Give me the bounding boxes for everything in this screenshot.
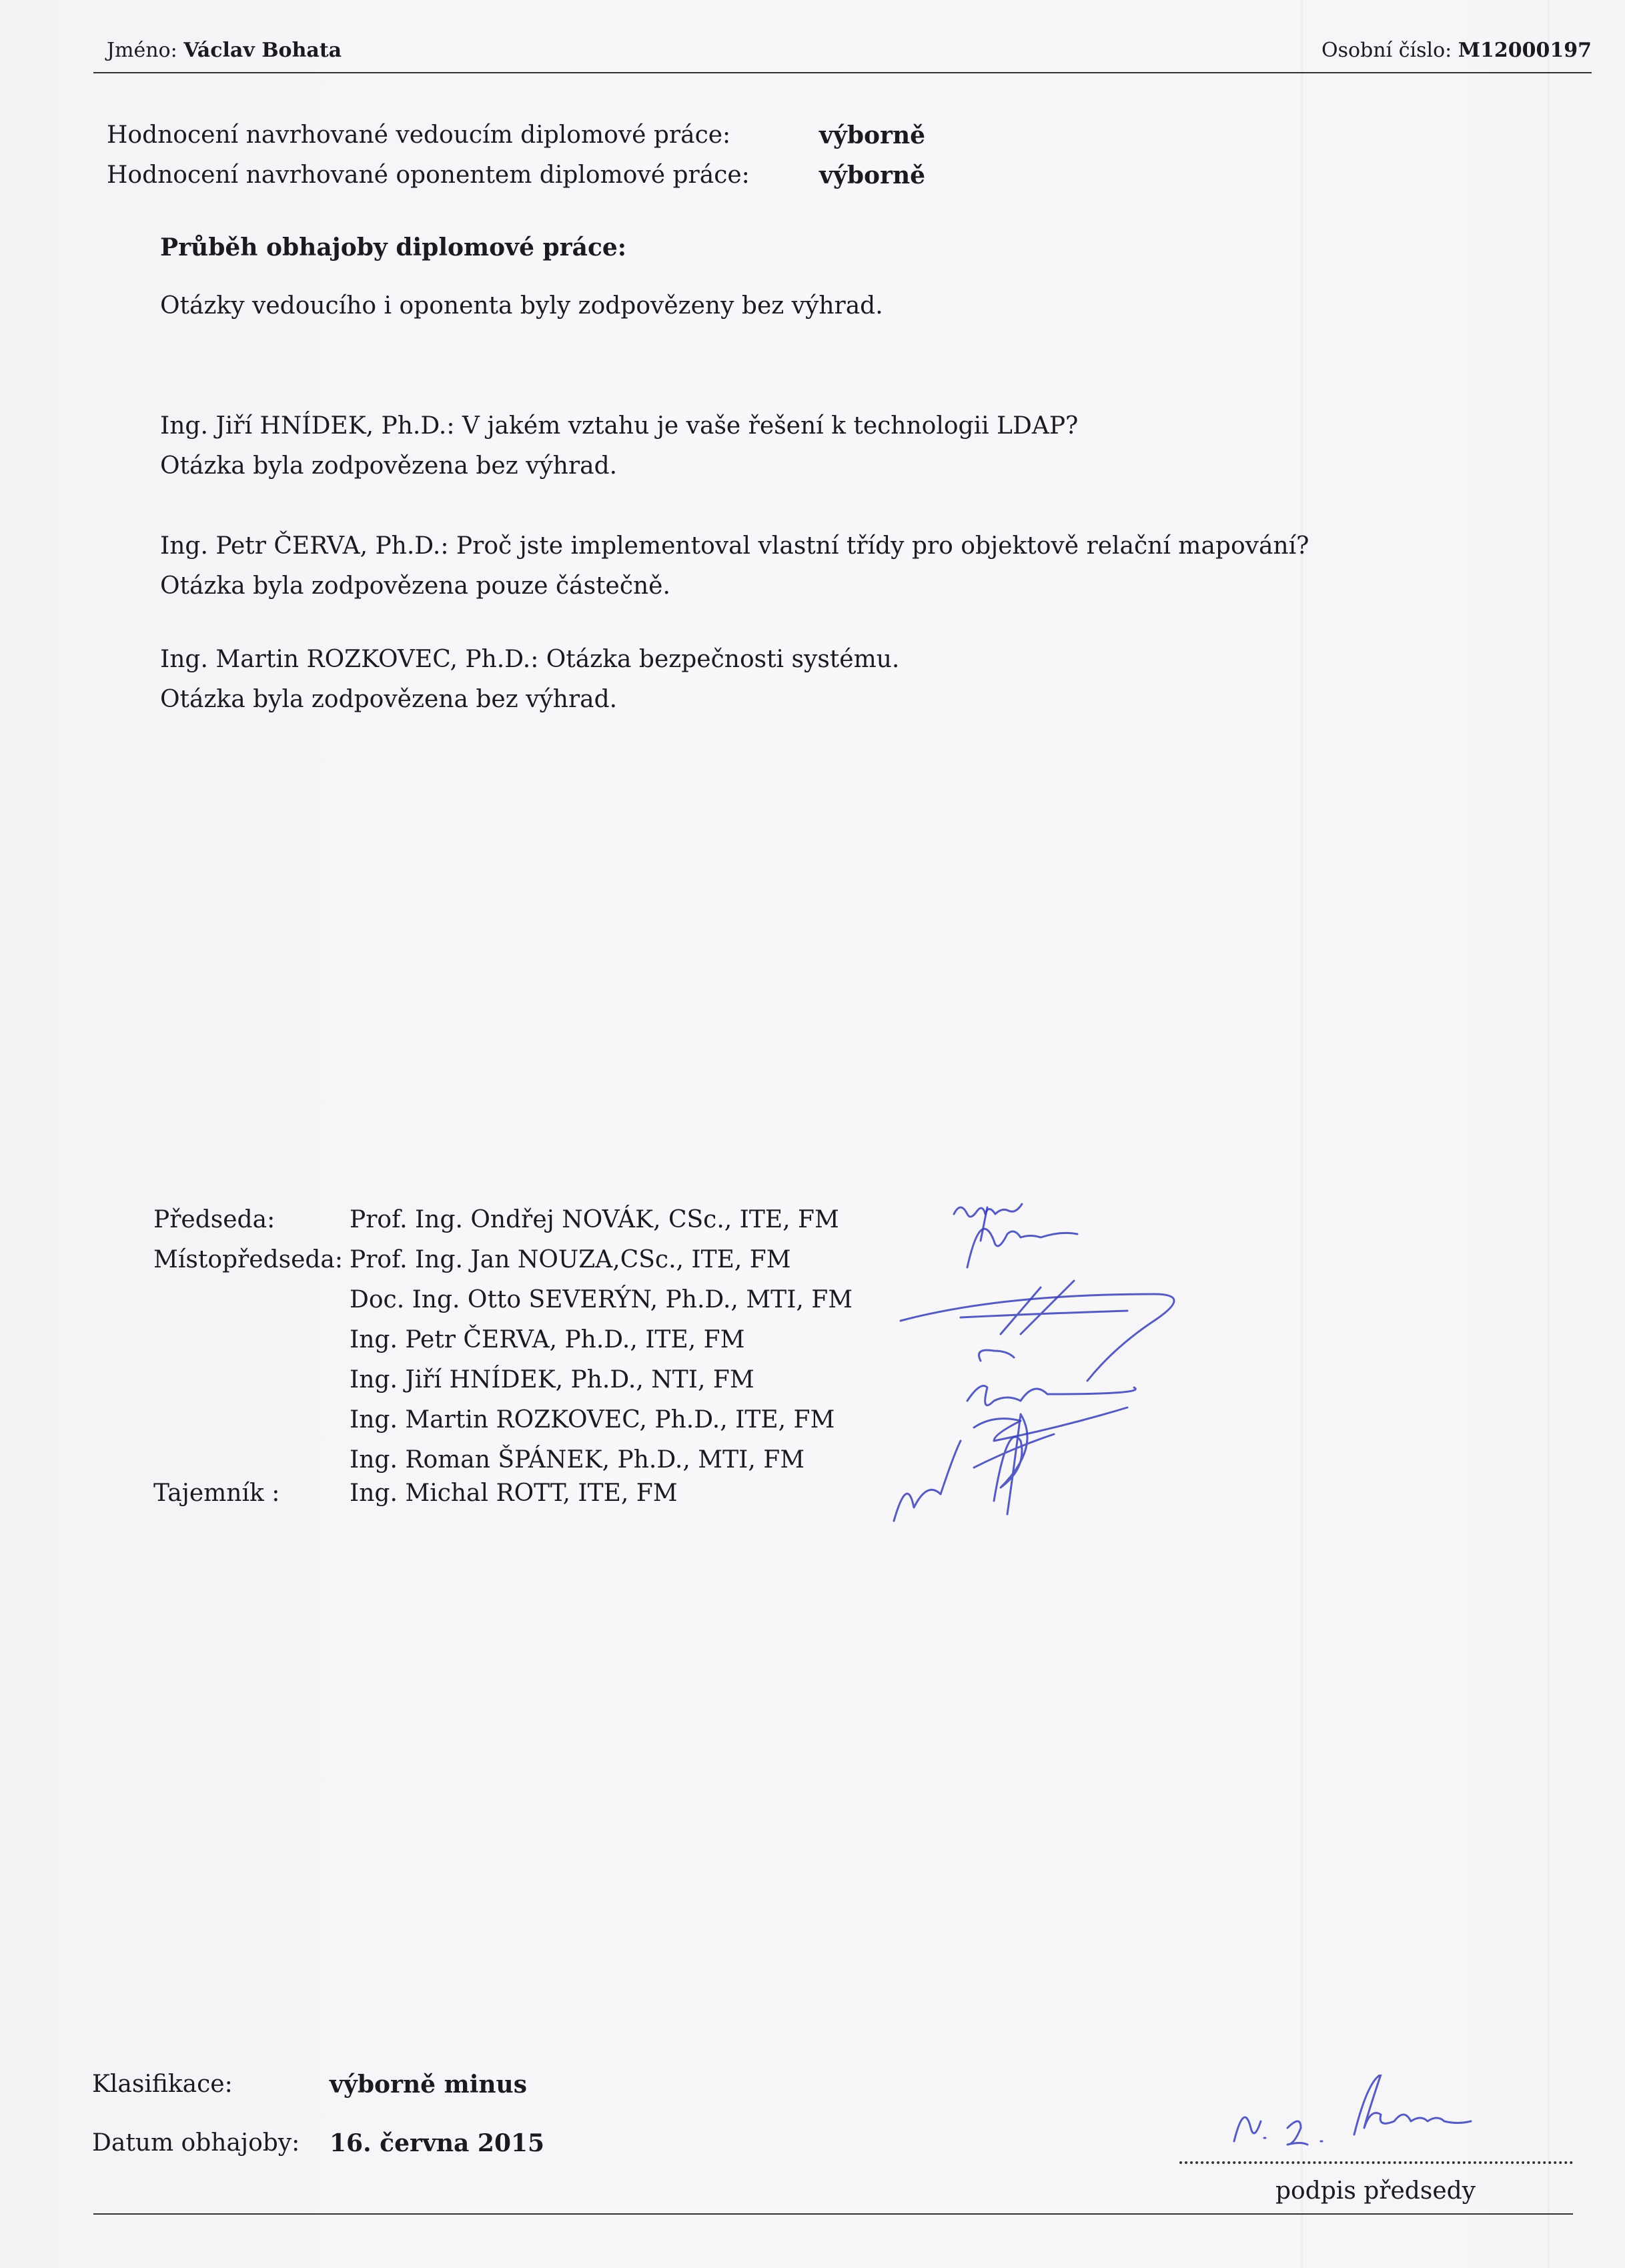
eval-supervisor-label: Hodnocení navrhované vedoucím diplomové …	[107, 121, 730, 149]
defense-summary: Otázky vedoucího i oponenta byly zodpově…	[160, 292, 883, 320]
chair-signature	[1227, 2075, 1521, 2148]
eval-opponent-label: Hodnocení navrhované oponentem diplomové…	[107, 161, 750, 189]
defense-title: Průběh obhajoby diplomové práce:	[160, 233, 626, 261]
secretary-label: Tajemník :	[153, 1480, 280, 1507]
classification-label: Klasifikace:	[92, 2071, 233, 2098]
committee-member: Ing. Martin ROZKOVEC, Ph.D., ITE, FM	[350, 1406, 835, 1434]
committee-member: Ing. Roman ŠPÁNEK, Ph.D., MTI, FM	[350, 1446, 804, 1474]
name-value: Václav Bohata	[183, 39, 342, 62]
header-divider	[93, 72, 1592, 73]
eval-opponent-value: výborně	[819, 161, 925, 189]
question-2: Ing. Petr ČERVA, Ph.D.: Proč jste implem…	[160, 532, 1309, 560]
vice-chair-label: Místopředseda:	[153, 1246, 343, 1273]
paper-fold	[1301, 0, 1303, 2268]
question-1: Ing. Jiří HNÍDEK, Ph.D.: V jakém vztahu …	[160, 412, 1078, 440]
committee-member: Prof. Ing. Ondřej NOVÁK, CSc., ITE, FM	[350, 1206, 839, 1233]
footer-divider	[93, 2213, 1573, 2215]
eval-supervisor-value: výborně	[819, 121, 925, 149]
committee-member: Ing. Petr ČERVA, Ph.D., ITE, FM	[350, 1326, 744, 1353]
name-label: Jméno:	[107, 39, 177, 62]
signature-line	[1179, 2161, 1573, 2164]
student-id: Osobní číslo: M12000197	[1321, 39, 1592, 62]
classification-value: výborně minus	[330, 2071, 527, 2099]
answer-1: Otázka byla zodpovězena bez výhrad.	[160, 452, 617, 480]
defense-date-label: Datum obhajoby:	[92, 2129, 300, 2157]
answer-2: Otázka byla zodpovězena pouze částečně.	[160, 572, 670, 600]
committee-member: Ing. Jiří HNÍDEK, Ph.D., NTI, FM	[350, 1366, 754, 1393]
defense-date-value: 16. června 2015	[330, 2129, 544, 2157]
committee-member: Doc. Ing. Otto SEVERÝN, Ph.D., MTI, FM	[350, 1286, 853, 1313]
document-page	[0, 0, 1625, 2268]
answer-3: Otázka byla zodpovězena bez výhrad.	[160, 686, 617, 713]
id-label: Osobní číslo:	[1321, 39, 1452, 62]
question-3: Ing. Martin ROZKOVEC, Ph.D.: Otázka bezp…	[160, 646, 899, 673]
paper-fold	[1548, 0, 1550, 2268]
committee-member: Prof. Ing. Jan NOUZA,CSc., ITE, FM	[350, 1246, 791, 1273]
student-name: Jméno: Václav Bohata	[107, 39, 342, 62]
committee-signatures	[867, 1181, 1241, 1528]
signature-caption: podpis předsedy	[1275, 2177, 1476, 2205]
committee-member: Ing. Michal ROTT, ITE, FM	[350, 1480, 678, 1507]
id-value: M12000197	[1458, 39, 1592, 62]
chair-label: Předseda:	[153, 1206, 275, 1233]
